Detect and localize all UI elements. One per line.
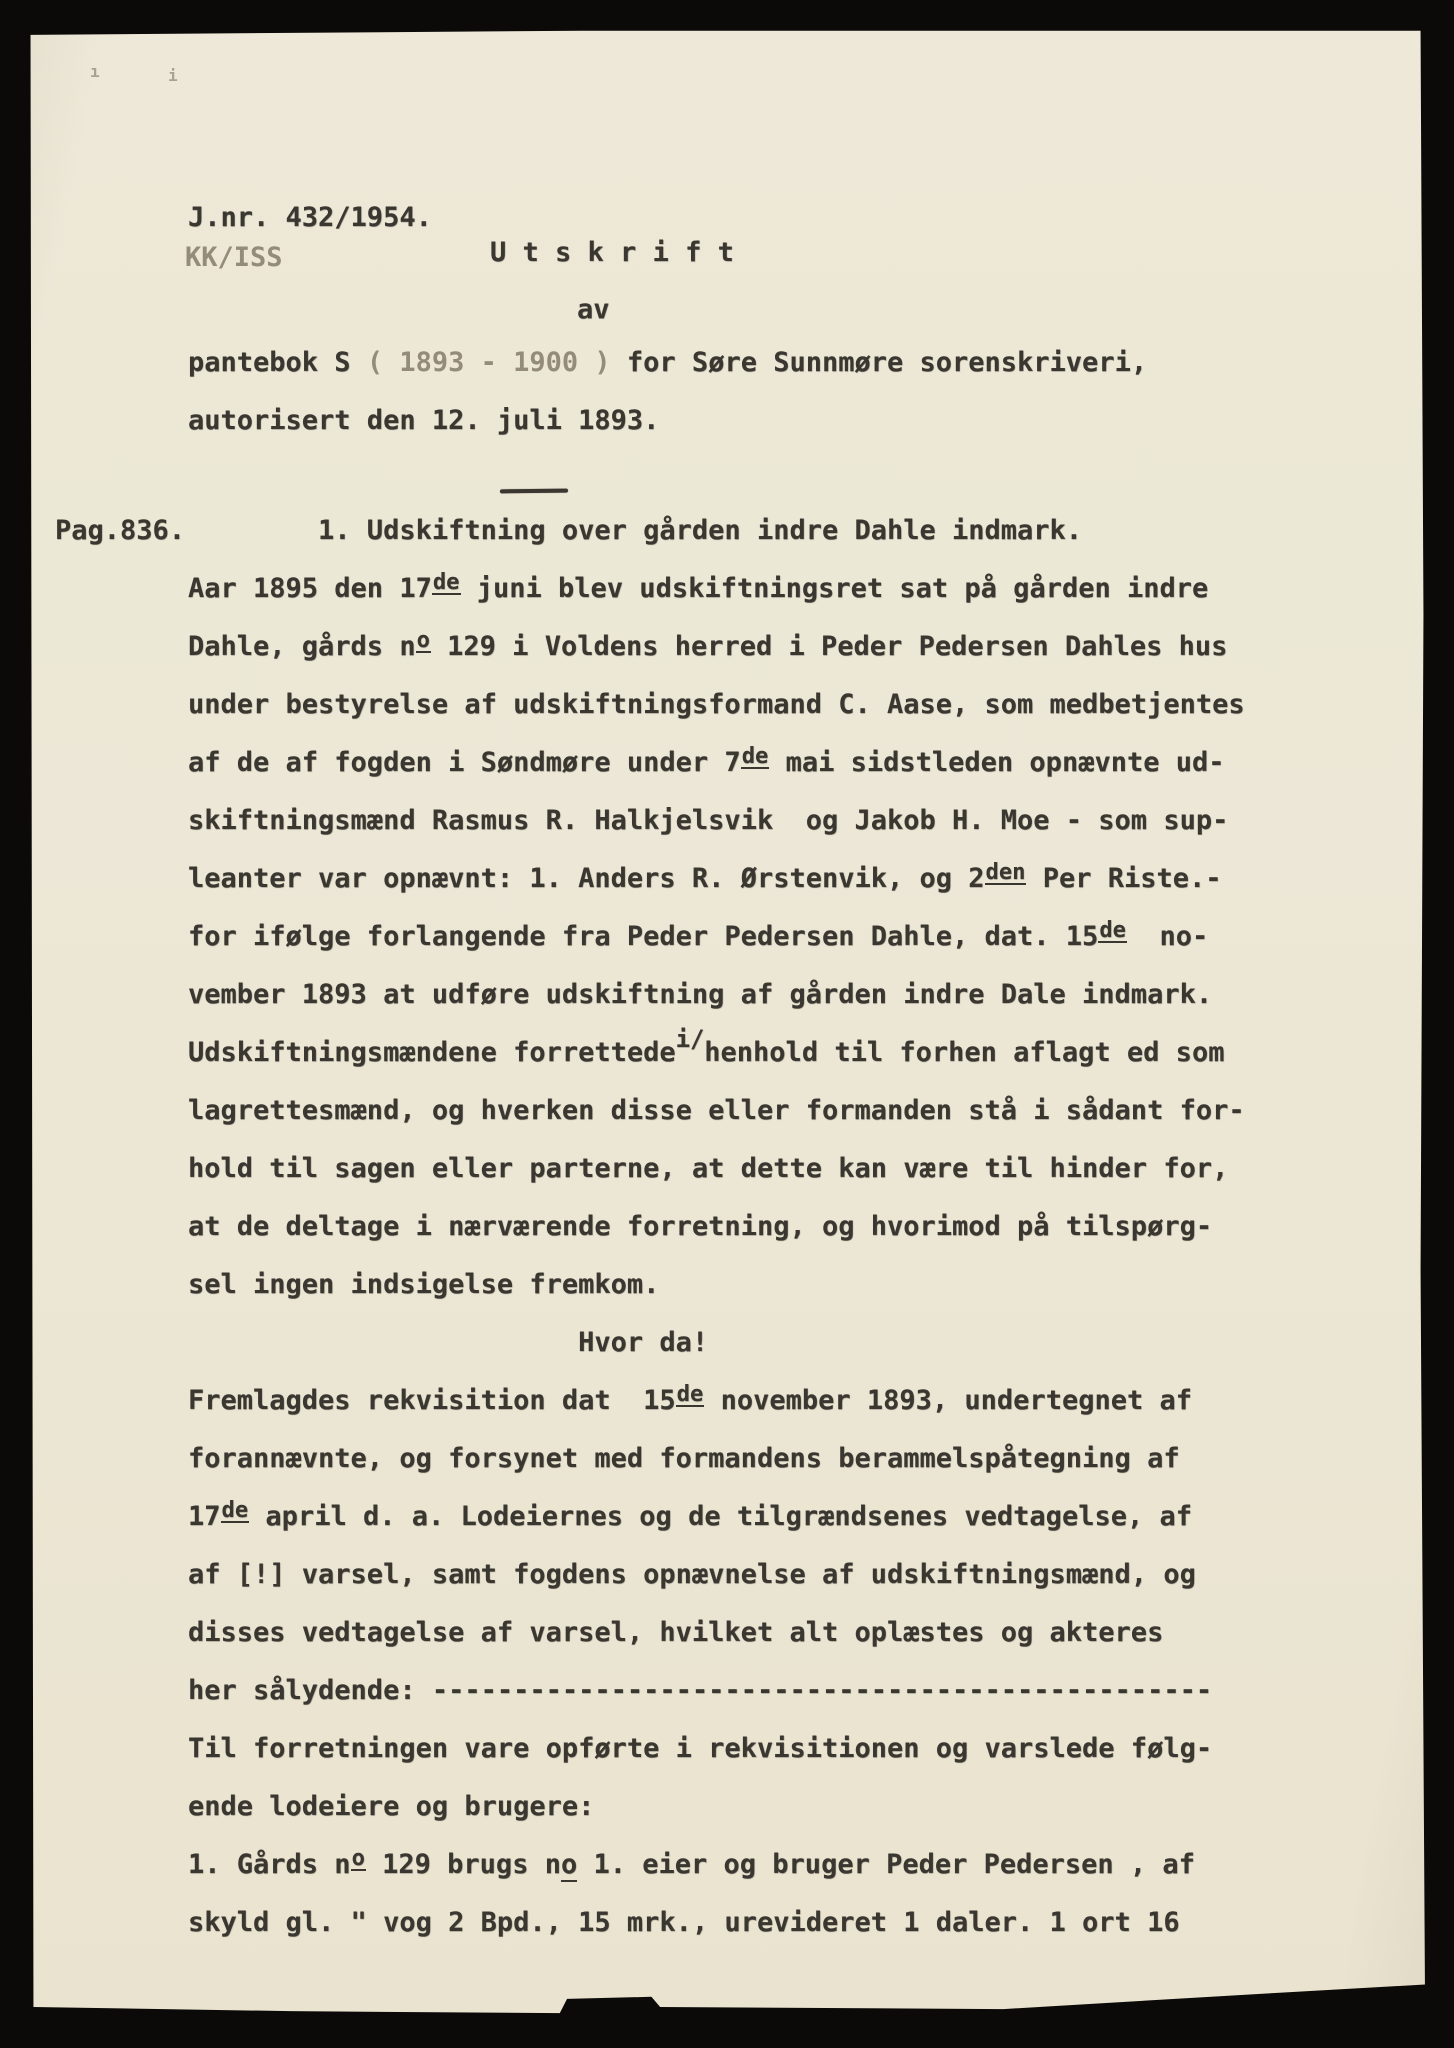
- text-segment: pantebok S: [188, 347, 367, 378]
- text-segment: Fremlagdes rekvisition dat 15: [188, 1385, 676, 1416]
- clerk-initials: KK/ISS: [185, 243, 283, 273]
- text-segment: lagrettesmænd, og hverken disse eller fo…: [188, 1095, 1245, 1126]
- document-line: Udskiftningsmændene forrettedei/henhold …: [188, 1038, 1224, 1068]
- text-segment: her sålydende: -------------------------…: [188, 1675, 1212, 1706]
- document-line: Til forretningen vare opførte i rekvisit…: [188, 1734, 1212, 1764]
- scan-artifact-mark: ı: [90, 62, 100, 81]
- document-line: af [!] varsel, samt fogdens opnævnelse a…: [188, 1560, 1196, 1590]
- document-title: U t s k r i f t: [490, 238, 734, 268]
- document-line: under bestyrelse af udskiftningsformand …: [188, 690, 1245, 720]
- document-line: 17de april d. a. Lodeiernes og de tilgræ…: [188, 1502, 1192, 1532]
- text-segment: autorisert den 12. juli 1893.: [188, 405, 659, 436]
- text-segment: vember 1893 at udføre udskiftning af går…: [188, 979, 1212, 1010]
- document-line: Dahle, gårds no 129 i Voldens herred i P…: [188, 632, 1227, 662]
- text-segment: o: [561, 1849, 577, 1882]
- text-segment: Aar 1895 den 17: [188, 573, 432, 604]
- text-segment: skyld gl. " vog 2 Bpd., 15 mrk., urevide…: [188, 1907, 1180, 1938]
- text-segment: hold til sagen eller parterne, at dette …: [188, 1153, 1228, 1184]
- text-segment: 17: [188, 1501, 221, 1532]
- text-segment: mai sidstleden opnævnte ud-: [769, 747, 1224, 778]
- document-line: leanter var opnævnt: 1. Anders R. Ørsten…: [188, 864, 1222, 894]
- text-segment: 1. Udskiftning over gården indre Dahle i…: [188, 515, 1082, 546]
- ordinal-suffix: o: [416, 629, 431, 653]
- text-segment: Til forretningen vare opførte i rekvisit…: [188, 1733, 1212, 1764]
- text-segment: 129 i Voldens herred i Peder Pedersen Da…: [431, 631, 1228, 662]
- text-segment: juni blev udskiftningsret sat på gården …: [461, 573, 1209, 604]
- text-segment: skiftningsmænd Rasmus R. Halkjelsvik og …: [188, 805, 1228, 836]
- text-segment: for Søre Sunnmøre sorenskriveri,: [611, 347, 1147, 378]
- document-line: ende lodeiere og brugere:: [188, 1792, 594, 1822]
- text-segment: leanter var opnævnt: 1. Anders R. Ørsten…: [188, 863, 985, 894]
- text-segment: forannævnte, og forsynet med formandens …: [188, 1443, 1180, 1474]
- document-line: disses vedtagelse af varsel, hvilket alt…: [188, 1618, 1163, 1648]
- body-text: 1. Udskiftning over gården indre Dahle i…: [188, 516, 1428, 1996]
- scanned-document: ı i J.nr. 432/1954. KK/ISS U t s k r i f…: [0, 0, 1454, 2048]
- document-line: autorisert den 12. juli 1893.: [188, 406, 659, 436]
- text-segment: at de deltage i nærværende forretning, o…: [188, 1211, 1212, 1242]
- text-segment: november 1893, undertegnet af: [704, 1385, 1192, 1416]
- journal-number: J.nr. 432/1954.: [188, 203, 432, 233]
- document-line: skiftningsmænd Rasmus R. Halkjelsvik og …: [188, 806, 1228, 836]
- document-line: forannævnte, og forsynet med formandens …: [188, 1444, 1180, 1474]
- document-line: at de deltage i nærværende forretning, o…: [188, 1212, 1212, 1242]
- ordinal-suffix: o: [351, 1847, 366, 1871]
- text-segment: 129 brugs n: [366, 1849, 561, 1880]
- inserted-correction: i/: [676, 1028, 705, 1052]
- document-line: vember 1893 at udføre udskiftning af går…: [188, 980, 1212, 1010]
- scan-artifact-mark: i: [168, 66, 178, 85]
- document-line: Fremlagdes rekvisition dat 15de november…: [188, 1386, 1192, 1416]
- document-line: her sålydende: -------------------------…: [188, 1676, 1212, 1706]
- text-segment: for ifølge forlangende fra Peder Pederse…: [188, 921, 1098, 952]
- document-line: pantebok S ( 1893 - 1900 ) for Søre Sunn…: [188, 348, 1147, 378]
- text-segment: sel ingen indsigelse fremkom.: [188, 1269, 659, 1300]
- ordinal-suffix: de: [432, 571, 461, 595]
- document-line: 1. Udskiftning over gården indre Dahle i…: [188, 516, 1082, 546]
- document-line: lagrettesmænd, og hverken disse eller fo…: [188, 1096, 1245, 1126]
- document-line: Aar 1895 den 17de juni blev udskiftnings…: [188, 574, 1208, 604]
- ordinal-suffix: de: [676, 1383, 705, 1407]
- header-lines: pantebok S ( 1893 - 1900 ) for Søre Sunn…: [188, 348, 1388, 478]
- ordinal-suffix: den: [985, 861, 1027, 885]
- text-segment: af de af fogden i Søndmøre under 7: [188, 747, 741, 778]
- text-segment: april d. a. Lodeiernes og de tilgrændsen…: [249, 1501, 1192, 1532]
- text-segment: disses vedtagelse af varsel, hvilket alt…: [188, 1617, 1163, 1648]
- text-segment: ende lodeiere og brugere:: [188, 1791, 594, 1822]
- document-line: sel ingen indsigelse fremkom.: [188, 1270, 659, 1300]
- text-segment: Hvor da!: [188, 1327, 708, 1358]
- ordinal-suffix: de: [221, 1499, 250, 1523]
- text-segment: under bestyrelse af udskiftningsformand …: [188, 689, 1245, 720]
- text-segment: Udskiftningsmændene forrettede: [188, 1037, 676, 1068]
- text-segment: ( 1893 - 1900 ): [367, 347, 611, 378]
- text-segment: 1. Gårds n: [188, 1849, 351, 1880]
- text-segment: no-: [1127, 921, 1208, 952]
- ordinal-suffix: de: [1098, 919, 1127, 943]
- ordinal-suffix: de: [741, 745, 770, 769]
- margin-page-note: Pag.836.: [55, 516, 185, 546]
- text-segment: af [!] varsel, samt fogdens opnævnelse a…: [188, 1559, 1196, 1590]
- text-segment: henhold til forhen aflagt ed som: [704, 1037, 1224, 1068]
- separator-rule: [500, 489, 568, 494]
- document-line: Hvor da!: [188, 1328, 708, 1358]
- document-line: 1. Gårds no 129 brugs no 1. eier og brug…: [188, 1850, 1195, 1880]
- document-line: hold til sagen eller parterne, at dette …: [188, 1154, 1228, 1184]
- document-line: for ifølge forlangende fra Peder Pederse…: [188, 922, 1208, 952]
- document-line: af de af fogden i Søndmøre under 7de mai…: [188, 748, 1225, 778]
- document-line: skyld gl. " vog 2 Bpd., 15 mrk., urevide…: [188, 1908, 1180, 1938]
- title-connector: av: [577, 295, 610, 325]
- text-segment: Per Riste.-: [1026, 863, 1221, 894]
- text-segment: 1. eier og bruger Peder Pedersen , af: [577, 1849, 1195, 1880]
- text-segment: Dahle, gårds n: [188, 631, 416, 662]
